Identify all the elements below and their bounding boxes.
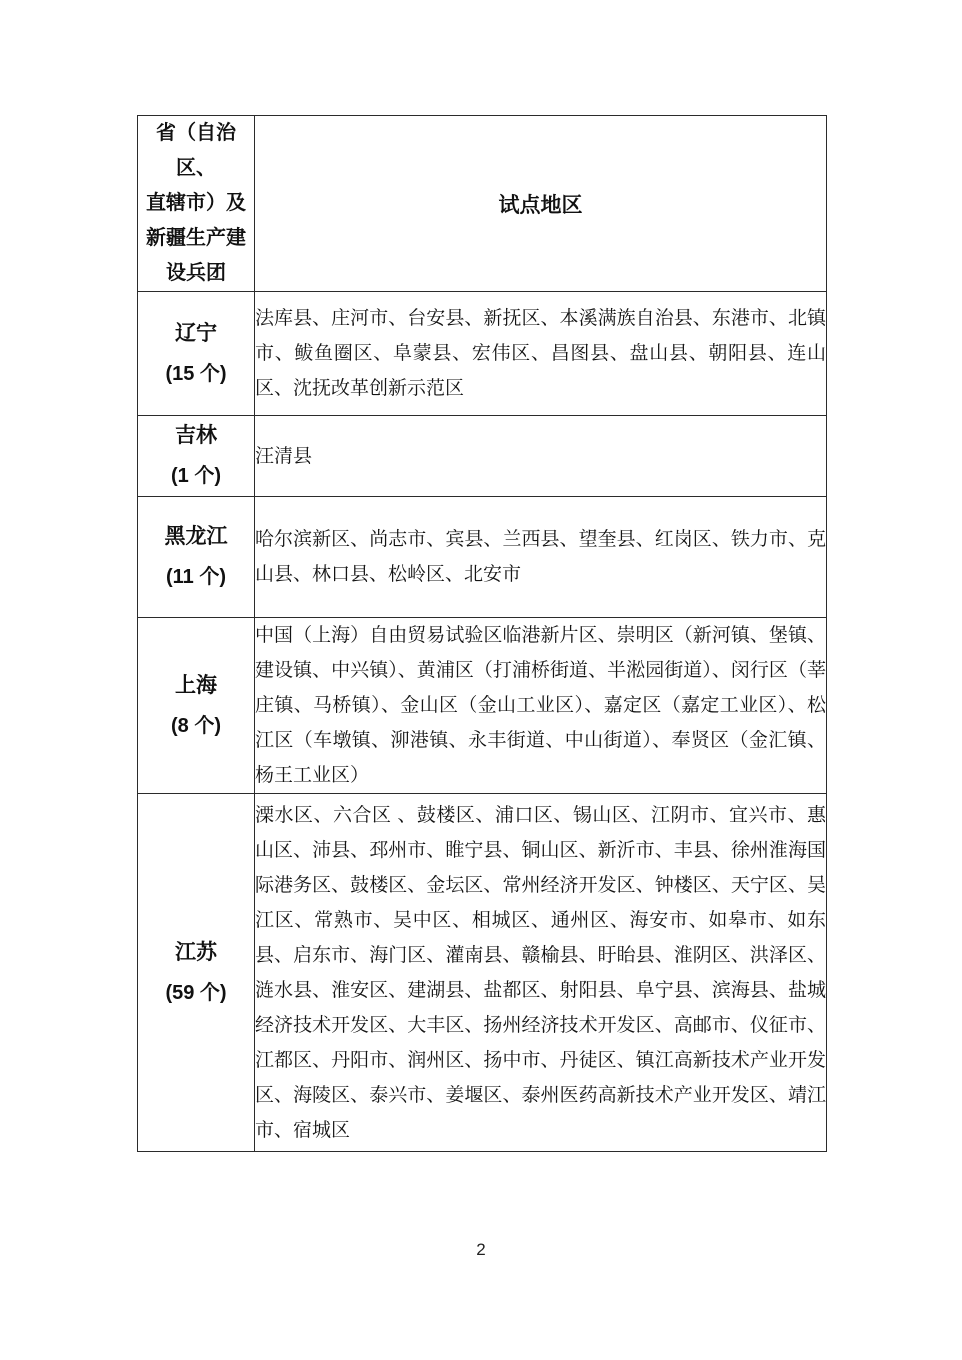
province-count: (1 个) (138, 456, 254, 496)
province-name: 上海 (138, 666, 254, 706)
province-count: (8 个) (138, 706, 254, 746)
regions-cell: 中国（上海）自由贸易试验区临港新片区、崇明区（新河镇、堡镇、建设镇、中兴镇）、黄… (255, 618, 827, 794)
regions-text: 法库县、庄河市、台安县、新抚区、本溪满族自治县、东港市、北镇市、鲅鱼圈区、阜蒙县… (255, 301, 826, 406)
header-province-column: 省（自治区、 直辖市）及 新疆生产建 设兵团 (138, 116, 255, 292)
header-province-line: 直辖市）及 (138, 186, 254, 221)
province-count: (11 个) (138, 557, 254, 597)
page-number: 2 (0, 1240, 962, 1260)
province-cell: 辽宁 (15 个) (138, 292, 255, 416)
province-name: 黑龙江 (138, 517, 254, 557)
header-region-column: 试点地区 (255, 116, 827, 292)
pilot-regions-table: 省（自治区、 直辖市）及 新疆生产建 设兵团 试点地区 辽宁 (15 个) 法库… (137, 115, 827, 1152)
header-province-line: 省（自治区、 (138, 116, 254, 186)
province-count: (59 个) (138, 973, 254, 1013)
document-page: 省（自治区、 直辖市）及 新疆生产建 设兵团 试点地区 辽宁 (15 个) 法库… (0, 0, 962, 1360)
table-header-row: 省（自治区、 直辖市）及 新疆生产建 设兵团 试点地区 (138, 116, 827, 292)
regions-text: 哈尔滨新区、尚志市、宾县、兰西县、望奎县、红岗区、铁力市、克山县、林口县、松岭区… (255, 522, 826, 592)
table-row: 吉林 (1 个) 汪清县 (138, 416, 827, 497)
table-row: 黑龙江 (11 个) 哈尔滨新区、尚志市、宾县、兰西县、望奎县、红岗区、铁力市、… (138, 497, 827, 618)
province-count: (15 个) (138, 354, 254, 394)
table-row: 上海 (8 个) 中国（上海）自由贸易试验区临港新片区、崇明区（新河镇、堡镇、建… (138, 618, 827, 794)
regions-cell: 法库县、庄河市、台安县、新抚区、本溪满族自治县、东港市、北镇市、鲅鱼圈区、阜蒙县… (255, 292, 827, 416)
province-name: 辽宁 (138, 314, 254, 354)
regions-cell: 哈尔滨新区、尚志市、宾县、兰西县、望奎县、红岗区、铁力市、克山县、林口县、松岭区… (255, 497, 827, 618)
regions-cell: 汪清县 (255, 416, 827, 497)
province-name: 江苏 (138, 933, 254, 973)
regions-text: 汪清县 (255, 439, 826, 474)
regions-text: 中国（上海）自由贸易试验区临港新片区、崇明区（新河镇、堡镇、建设镇、中兴镇）、黄… (255, 618, 826, 793)
table-row: 辽宁 (15 个) 法库县、庄河市、台安县、新抚区、本溪满族自治县、东港市、北镇… (138, 292, 827, 416)
table-row: 江苏 (59 个) 溧水区、六合区 、鼓楼区、浦口区、锡山区、江阴市、宜兴市、惠… (138, 794, 827, 1152)
header-province-line: 新疆生产建 (138, 221, 254, 256)
province-cell: 吉林 (1 个) (138, 416, 255, 497)
header-province-line: 设兵团 (138, 256, 254, 291)
province-name: 吉林 (138, 416, 254, 456)
province-cell: 江苏 (59 个) (138, 794, 255, 1152)
regions-cell: 溧水区、六合区 、鼓楼区、浦口区、锡山区、江阴市、宜兴市、惠山区、沛县、邳州市、… (255, 794, 827, 1152)
regions-text: 溧水区、六合区 、鼓楼区、浦口区、锡山区、江阴市、宜兴市、惠山区、沛县、邳州市、… (255, 798, 826, 1148)
province-cell: 上海 (8 个) (138, 618, 255, 794)
province-cell: 黑龙江 (11 个) (138, 497, 255, 618)
